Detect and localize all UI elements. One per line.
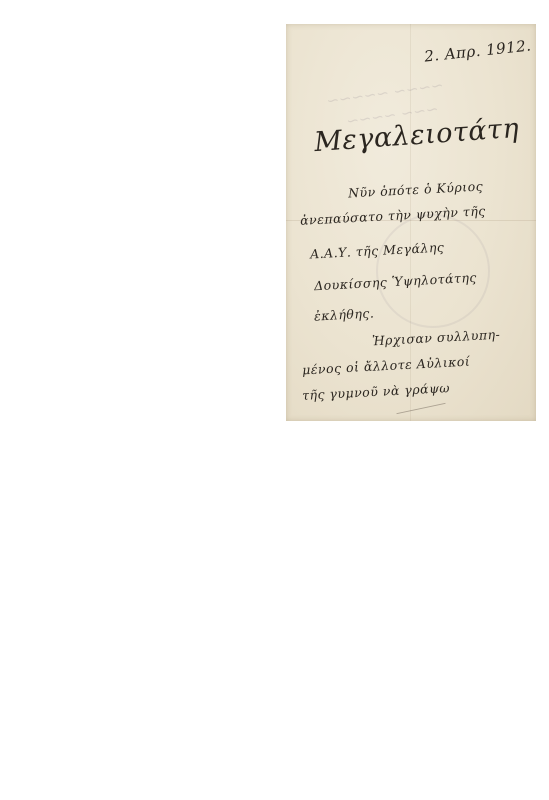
letter-line: Ἠρχισαν συλλυπη- [372, 327, 501, 349]
letter-salutation: Μεγαλειοτάτη [313, 113, 520, 158]
letter-line: ἐκλήθης. [314, 305, 375, 323]
letter-scan-image: ~~~~ ~~~~~ ~~~ ~~~~ 2. Απρ. 1912. Μεγαλε… [286, 24, 536, 421]
pdf-page: ~~~~ ~~~~~ ~~~ ~~~~ 2. Απρ. 1912. Μεγαλε… [0, 0, 549, 800]
letter-line: Νῦν ὁπότε ὁ Κύριος [348, 178, 484, 200]
letter-date: 2. Απρ. 1912. [423, 36, 532, 65]
pen-stroke-mark [396, 403, 445, 414]
letter-line: μένος οἱ ἄλλοτε Αὐλικοί [302, 354, 471, 378]
letter-line: τῆς γυμνοῦ νὰ γράψω [302, 380, 451, 403]
